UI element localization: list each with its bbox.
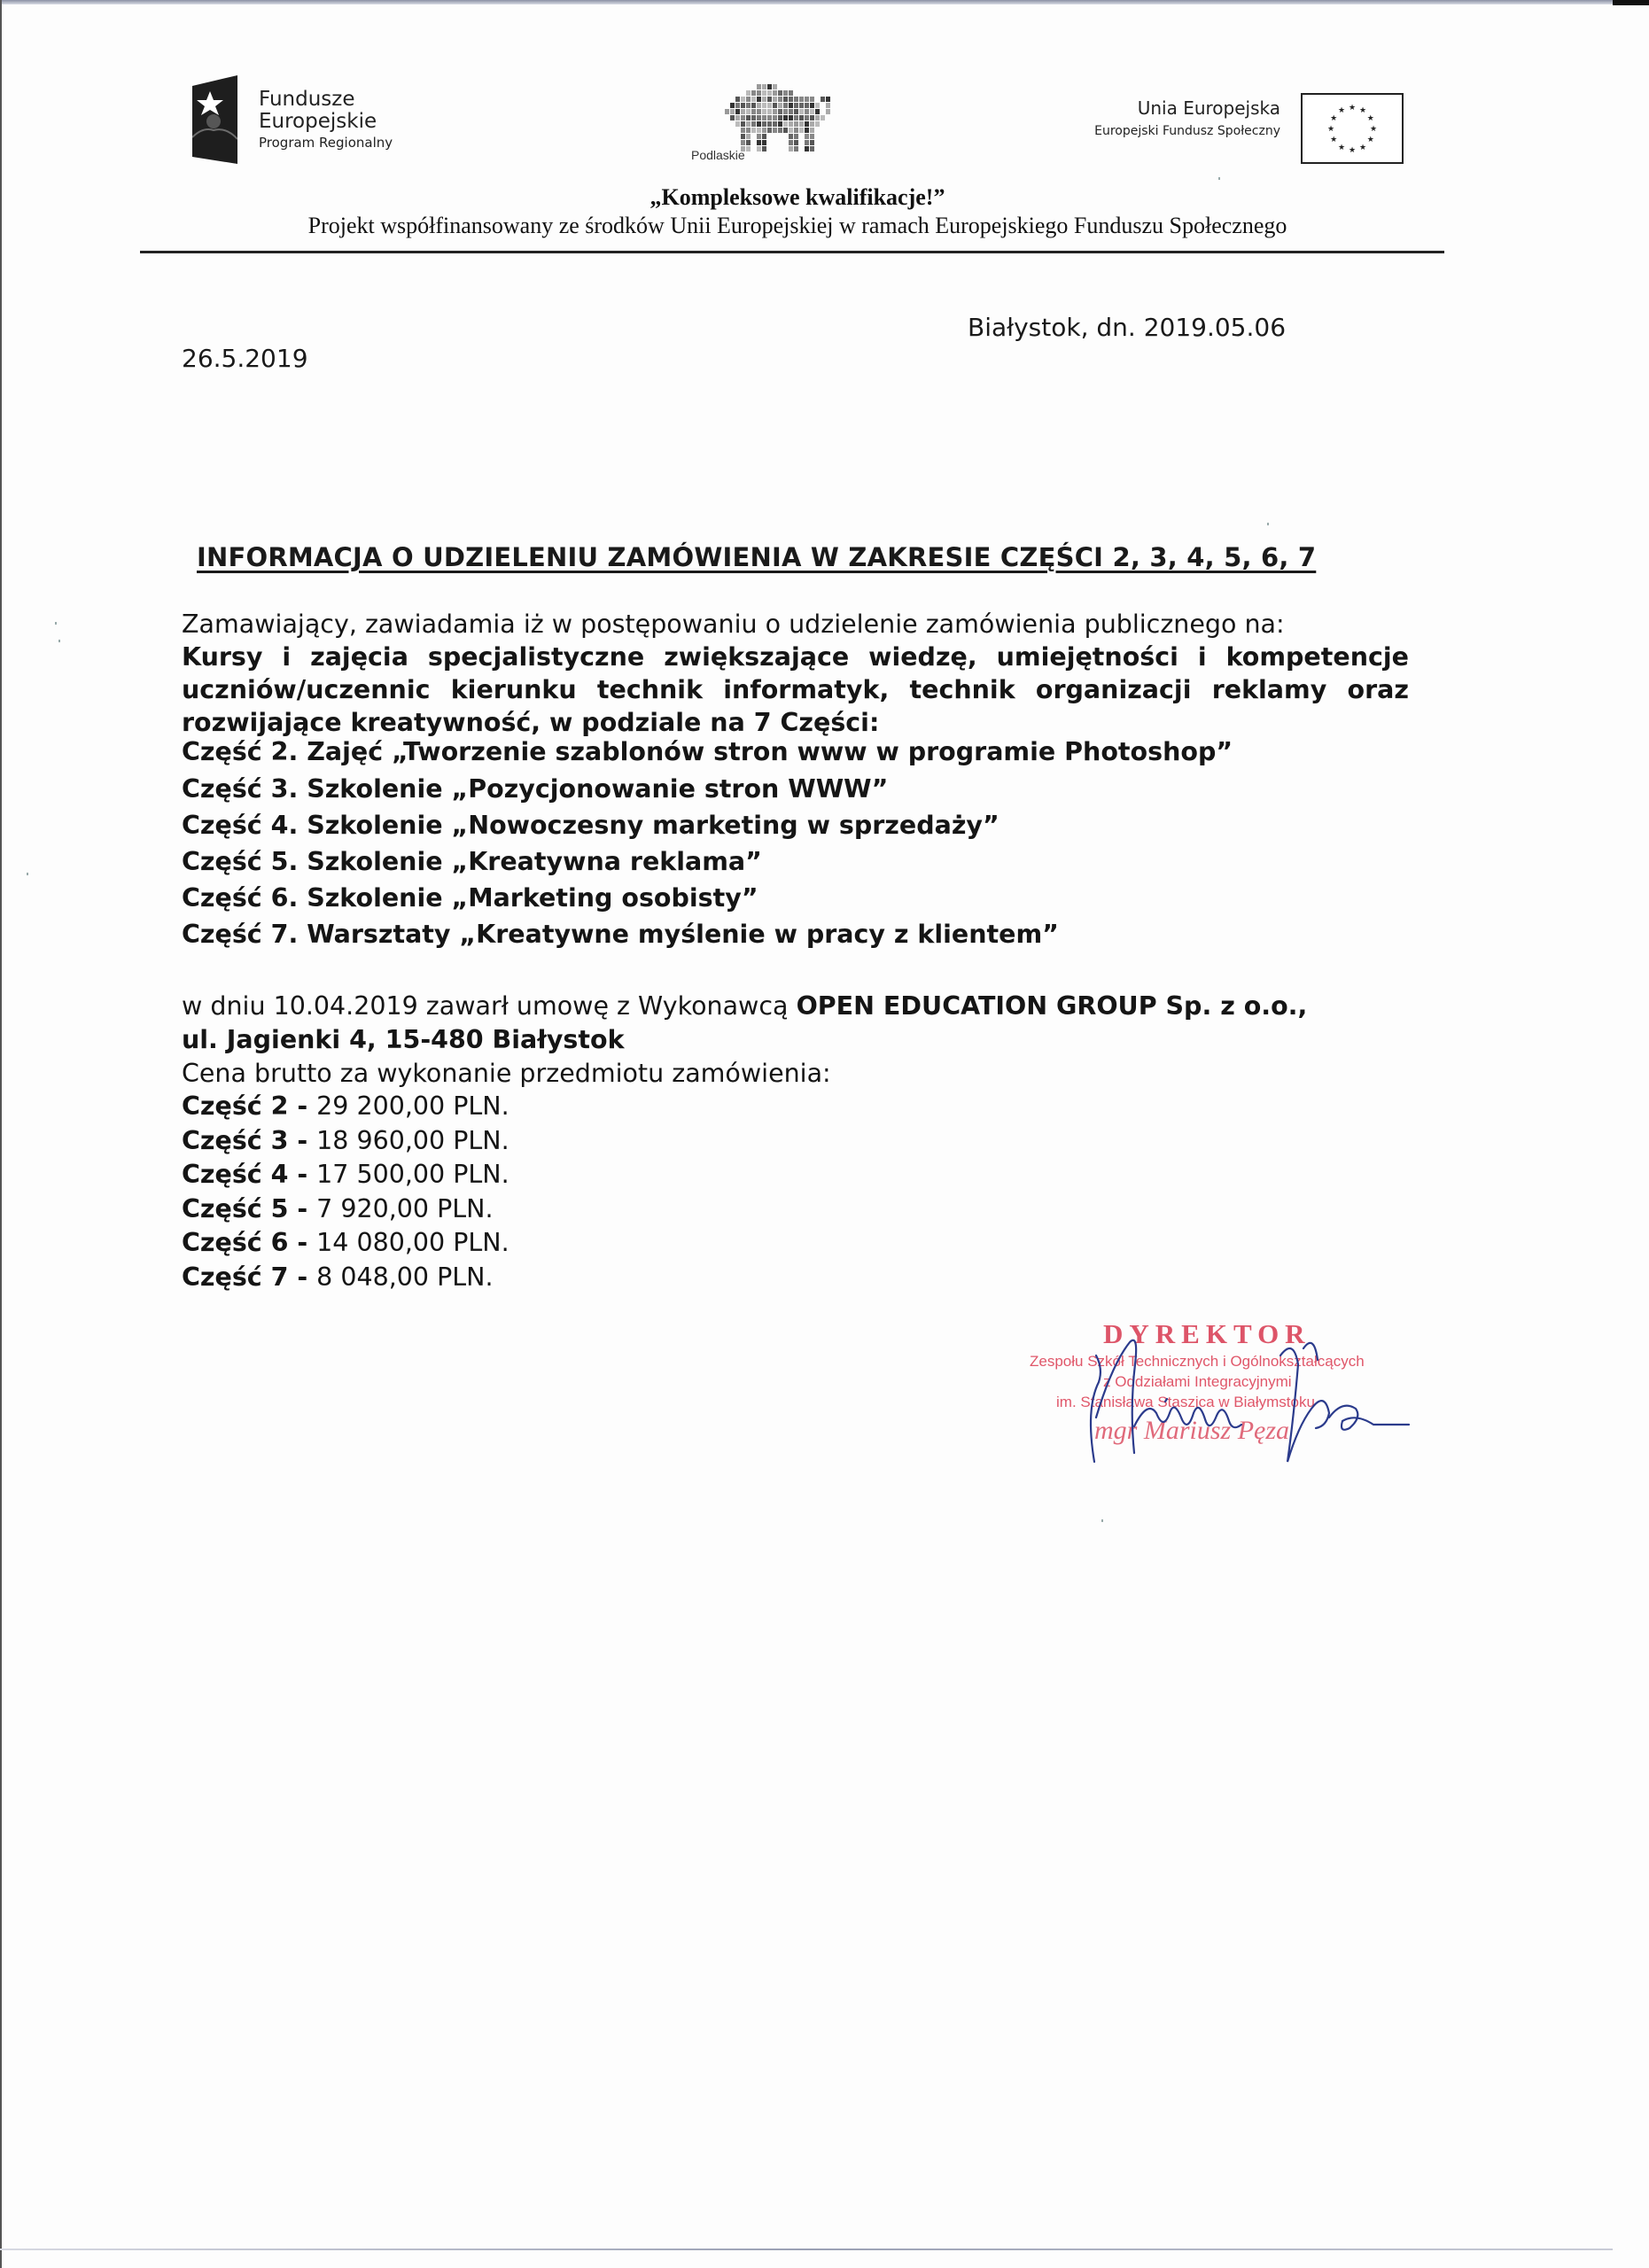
part-item: Część 5. Szkolenie „Kreatywna reklama” (182, 843, 1409, 880)
place-and-date: Białystok, dn. 2019.05.06 (968, 313, 1286, 342)
fundusze-europejskie-emblem-icon (191, 75, 239, 164)
svg-text:★: ★ (1370, 125, 1377, 134)
price-part: Część 4 (182, 1160, 288, 1189)
svg-text:★: ★ (1367, 114, 1374, 123)
intro-line: Zamawiający, zawiadamia iż w postępowani… (182, 608, 1409, 641)
scan-edge-bottom (0, 2249, 1613, 2250)
fundusze-europejskie-logo: Fundusze Europejskie Program Regionalny (191, 75, 393, 164)
price-sep: - (288, 1194, 316, 1223)
contract-paragraph: w dniu 10.04.2019 zawarł umowę z Wykonaw… (182, 990, 1409, 1091)
price-sep: - (288, 1091, 316, 1121)
price-row: Część 3 - 18 960,00 PLN. (182, 1124, 1409, 1159)
price-amount: 7 920,00 PLN. (316, 1194, 493, 1223)
svg-text:★: ★ (1349, 104, 1356, 113)
svg-text:★: ★ (1359, 144, 1366, 152)
cofinancing-note: Projekt współfinansowany ze środków Unii… (142, 213, 1453, 239)
project-header: „Kompleksowe kwalifikacje!” Projekt wspó… (142, 184, 1453, 239)
part-item: Część 2. Zajęć „Tworzenie szablonów stro… (182, 734, 1409, 771)
scan-edge-left (0, 0, 2, 2268)
price-list: Część 2 - 29 200,00 PLN. Część 3 - 18 96… (182, 1090, 1409, 1294)
price-amount: 8 048,00 PLN. (316, 1262, 493, 1292)
price-sep: - (288, 1262, 316, 1292)
document-title: INFORMACJA O UDZIELENIU ZAMÓWIENIA W ZAK… (197, 542, 1316, 572)
price-amount: 18 960,00 PLN. (316, 1126, 509, 1155)
price-row: Część 2 - 29 200,00 PLN. (182, 1090, 1409, 1124)
price-row: Część 7 - 8 048,00 PLN. (182, 1261, 1409, 1295)
eu-flag-icon: ★★★★★★★★★★★★ (1301, 93, 1404, 164)
handwritten-date: 26.5.2019 (182, 344, 308, 373)
price-sep: - (288, 1160, 316, 1189)
contractor-address: ul. Jagienki 4, 15-480 Białystok (182, 1023, 1409, 1057)
scan-edge-top (0, 0, 1613, 4)
order-subject: Kursy i zajęcia specjalistyczne zwiększa… (182, 641, 1409, 739)
part-item: Część 7. Warsztaty „Kreatywne myślenie w… (182, 916, 1409, 952)
price-part: Część 7 (182, 1262, 288, 1292)
price-amount: 29 200,00 PLN. (316, 1091, 509, 1121)
handwritten-signature-icon (1077, 1329, 1413, 1480)
svg-text:★: ★ (1330, 136, 1337, 144)
logo-line-fundusze: Fundusze (259, 89, 393, 110)
price-amount: 17 500,00 PLN. (316, 1160, 509, 1189)
price-sep: - (288, 1126, 316, 1155)
parts-list: Część 2. Zajęć „Tworzenie szablonów stro… (182, 734, 1409, 952)
price-heading: Cena brutto za wykonanie przedmiotu zamó… (182, 1057, 1409, 1091)
price-part: Część 6 (182, 1228, 288, 1257)
price-row: Część 4 - 17 500,00 PLN. (182, 1158, 1409, 1192)
price-row: Część 5 - 7 920,00 PLN. (182, 1192, 1409, 1227)
svg-text:★: ★ (1330, 114, 1337, 123)
svg-text:★: ★ (1349, 146, 1356, 155)
logo-line-program: Program Regionalny (259, 136, 393, 151)
podlaskie-logo: Podlaskie (691, 84, 868, 164)
svg-text:★: ★ (1359, 106, 1366, 115)
unia-europejska-logo: Unia Europejska Europejski Fundusz Społe… (1046, 97, 1280, 138)
logo-line-efs: Europejski Fundusz Społeczny (1046, 124, 1280, 138)
header-divider (140, 251, 1444, 253)
price-amount: 14 080,00 PLN. (316, 1228, 509, 1257)
project-slogan: „Kompleksowe kwalifikacje!” (142, 184, 1453, 211)
price-part: Część 2 (182, 1091, 288, 1121)
logo-line-europejskie: Europejskie (259, 111, 393, 132)
part-item: Część 3. Szkolenie „Pozycjonowanie stron… (182, 771, 1409, 807)
price-sep: - (288, 1228, 316, 1257)
part-item: Część 6. Szkolenie „Marketing osobisty” (182, 880, 1409, 916)
svg-text:★: ★ (1338, 144, 1345, 152)
svg-text:★: ★ (1367, 136, 1374, 144)
svg-text:★: ★ (1338, 106, 1345, 115)
scan-edge-corner (1613, 0, 1649, 5)
svg-text:★: ★ (1327, 125, 1334, 134)
part-item: Część 4. Szkolenie „Nowoczesny marketing… (182, 807, 1409, 843)
price-part: Część 5 (182, 1194, 288, 1223)
price-row: Część 6 - 14 080,00 PLN. (182, 1226, 1409, 1261)
contract-text: w dniu 10.04.2019 zawarł umowę z Wykonaw… (182, 991, 797, 1021)
contractor-name: OPEN EDUCATION GROUP Sp. z o.o., (797, 991, 1308, 1021)
intro-paragraph: Zamawiający, zawiadamia iż w postępowani… (182, 608, 1409, 739)
logo-line-unia: Unia Europejska (1046, 97, 1280, 119)
price-part: Część 3 (182, 1126, 288, 1155)
podlaskie-label: Podlaskie (691, 148, 745, 162)
